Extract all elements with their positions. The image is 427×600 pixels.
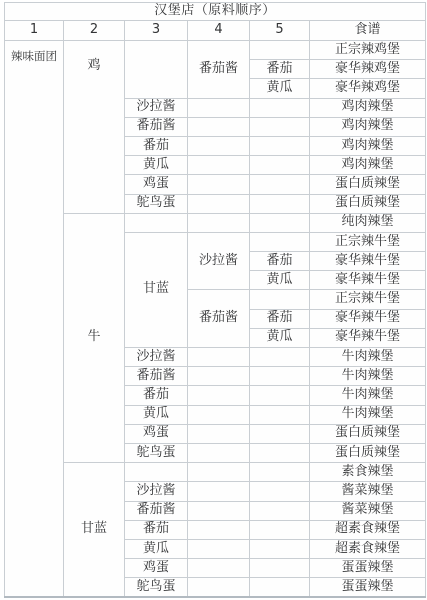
ingredient-cell[interactable]: 鸵鸟蛋 xyxy=(125,194,188,213)
ingredient-cell[interactable]: 沙拉酱 xyxy=(125,98,188,117)
recipe-cell[interactable]: 蛋蛋辣堡 xyxy=(310,578,426,597)
ingredient-cell[interactable]: 黄瓜 xyxy=(250,79,310,98)
recipe-cell[interactable]: 牛肉辣堡 xyxy=(310,348,426,367)
empty-cell[interactable] xyxy=(250,117,310,136)
empty-cell[interactable] xyxy=(250,501,310,520)
ingredient-cell[interactable]: 鸡蛋 xyxy=(125,175,188,194)
empty-cell[interactable] xyxy=(250,348,310,367)
ingredient-cell[interactable]: 黄瓜 xyxy=(125,539,188,558)
empty-cell[interactable] xyxy=(188,482,250,501)
ingredient-cell[interactable]: 鸡蛋 xyxy=(125,559,188,578)
ingredient-cell[interactable]: 番茄 xyxy=(125,386,188,405)
empty-cell[interactable] xyxy=(188,367,250,386)
recipe-cell[interactable]: 豪华辣牛堡 xyxy=(310,309,426,328)
empty-cell[interactable] xyxy=(188,578,250,597)
table-row: 辣味面团 鸡 番茄酱 正宗辣鸡堡 xyxy=(5,41,426,60)
recipe-cell[interactable]: 鸡肉辣堡 xyxy=(310,98,426,117)
recipe-cell[interactable]: 鸡肉辣堡 xyxy=(310,117,426,136)
recipe-cell[interactable]: 豪华辣牛堡 xyxy=(310,328,426,347)
ingredient-cell[interactable]: 沙拉酱 xyxy=(125,348,188,367)
cell-mayo-beef[interactable]: 沙拉酱 xyxy=(188,232,250,290)
empty-cell[interactable] xyxy=(250,520,310,539)
ingredient-cell[interactable]: 鸵鸟蛋 xyxy=(125,443,188,462)
empty-cell[interactable] xyxy=(250,386,310,405)
ingredient-cell[interactable]: 沙拉酱 xyxy=(125,482,188,501)
cell-ketchup-chicken[interactable]: 番茄酱 xyxy=(188,41,250,99)
empty-cell[interactable] xyxy=(250,539,310,558)
recipe-cell[interactable]: 酱菜辣堡 xyxy=(310,482,426,501)
empty-cell[interactable] xyxy=(250,136,310,155)
cell-chicken[interactable]: 鸡 xyxy=(64,41,125,214)
recipe-cell[interactable]: 鸡肉辣堡 xyxy=(310,156,426,175)
cell-beef[interactable]: 牛 xyxy=(64,213,125,462)
empty-cell[interactable] xyxy=(125,463,188,482)
cell-ketchup-beef[interactable]: 番茄酱 xyxy=(188,290,250,348)
recipe-cell[interactable]: 超素食辣堡 xyxy=(310,520,426,539)
empty-cell[interactable] xyxy=(250,290,310,309)
ingredient-cell[interactable]: 番茄 xyxy=(250,60,310,79)
ingredient-cell[interactable]: 番茄酱 xyxy=(125,501,188,520)
recipe-cell[interactable]: 蛋白质辣堡 xyxy=(310,175,426,194)
empty-cell[interactable] xyxy=(250,213,310,232)
ingredient-cell[interactable]: 番茄酱 xyxy=(125,367,188,386)
empty-cell[interactable] xyxy=(250,194,310,213)
empty-cell[interactable] xyxy=(250,175,310,194)
recipe-cell[interactable]: 正宗辣牛堡 xyxy=(310,232,426,251)
empty-cell[interactable] xyxy=(188,98,250,117)
ingredient-cell[interactable]: 黄瓜 xyxy=(250,271,310,290)
empty-cell[interactable] xyxy=(188,539,250,558)
table-row: 牛 纯肉辣堡 xyxy=(5,213,426,232)
recipe-cell[interactable]: 豪华辣牛堡 xyxy=(310,271,426,290)
table-row: 汉堡店（原料顺序） xyxy=(5,3,426,21)
empty-cell[interactable] xyxy=(188,386,250,405)
ingredient-cell[interactable]: 番茄 xyxy=(125,520,188,539)
empty-cell[interactable] xyxy=(188,405,250,424)
ingredient-cell[interactable]: 黄瓜 xyxy=(125,405,188,424)
empty-cell[interactable] xyxy=(188,424,250,443)
column-header-3[interactable]: 3 xyxy=(125,21,188,41)
empty-cell[interactable] xyxy=(250,405,310,424)
ingredient-cell[interactable]: 番茄 xyxy=(250,252,310,271)
column-header-4[interactable]: 4 xyxy=(188,21,250,41)
recipe-cell[interactable]: 豪华辣牛堡 xyxy=(310,252,426,271)
empty-cell[interactable] xyxy=(250,232,310,251)
recipe-cell[interactable]: 素食辣堡 xyxy=(310,463,426,482)
empty-cell[interactable] xyxy=(188,443,250,462)
recipe-cell[interactable]: 牛肉辣堡 xyxy=(310,386,426,405)
column-header-recipe[interactable]: 食谱 xyxy=(310,21,426,41)
recipe-cell[interactable]: 牛肉辣堡 xyxy=(310,405,426,424)
recipe-cell[interactable]: 纯肉辣堡 xyxy=(310,213,426,232)
ingredient-cell[interactable]: 鸵鸟蛋 xyxy=(125,578,188,597)
recipe-cell[interactable]: 正宗辣牛堡 xyxy=(310,290,426,309)
empty-cell[interactable] xyxy=(125,41,188,99)
empty-cell[interactable] xyxy=(188,117,250,136)
recipe-cell[interactable]: 蛋白质辣堡 xyxy=(310,194,426,213)
recipe-cell[interactable]: 蛋蛋辣堡 xyxy=(310,559,426,578)
ingredient-cell[interactable]: 番茄酱 xyxy=(125,117,188,136)
column-header-1[interactable]: 1 xyxy=(5,21,64,41)
ingredient-cell[interactable]: 鸡蛋 xyxy=(125,424,188,443)
empty-cell[interactable] xyxy=(188,194,250,213)
empty-cell[interactable] xyxy=(188,501,250,520)
ingredient-cell[interactable]: 黄瓜 xyxy=(250,328,310,347)
empty-cell[interactable] xyxy=(250,578,310,597)
recipe-cell[interactable]: 豪华辣鸡堡 xyxy=(310,60,426,79)
empty-cell[interactable] xyxy=(188,520,250,539)
empty-cell[interactable] xyxy=(250,156,310,175)
recipe-cell[interactable]: 酱菜辣堡 xyxy=(310,501,426,520)
recipe-cell[interactable]: 蛋白质辣堡 xyxy=(310,443,426,462)
empty-cell[interactable] xyxy=(250,424,310,443)
empty-cell[interactable] xyxy=(250,41,310,60)
empty-cell[interactable] xyxy=(250,367,310,386)
recipe-cell[interactable]: 超素食辣堡 xyxy=(310,539,426,558)
table-row: 1 2 3 4 5 食谱 xyxy=(5,21,426,41)
table-row: 甘蓝 素食辣堡 xyxy=(5,463,426,482)
recipe-cell[interactable]: 蛋白质辣堡 xyxy=(310,424,426,443)
empty-cell[interactable] xyxy=(250,98,310,117)
recipe-table: 汉堡店（原料顺序） 1 2 3 4 5 食谱 辣味面团 鸡 番茄酱 正宗辣鸡堡 … xyxy=(4,2,426,598)
recipe-cell[interactable]: 牛肉辣堡 xyxy=(310,367,426,386)
cell-cabbage-col2[interactable]: 甘蓝 xyxy=(64,463,125,597)
cell-dough[interactable]: 辣味面团 xyxy=(5,41,64,597)
empty-cell[interactable] xyxy=(125,213,188,232)
empty-cell[interactable] xyxy=(188,136,250,155)
spreadsheet-region: 汉堡店（原料顺序） 1 2 3 4 5 食谱 辣味面团 鸡 番茄酱 正宗辣鸡堡 … xyxy=(4,2,426,598)
empty-cell[interactable] xyxy=(188,559,250,578)
recipe-cell[interactable]: 豪华辣鸡堡 xyxy=(310,79,426,98)
column-header-2[interactable]: 2 xyxy=(64,21,125,41)
empty-cell[interactable] xyxy=(188,156,250,175)
empty-cell[interactable] xyxy=(188,213,250,232)
empty-cell[interactable] xyxy=(188,175,250,194)
empty-cell[interactable] xyxy=(250,463,310,482)
recipe-cell[interactable]: 鸡肉辣堡 xyxy=(310,136,426,155)
recipe-cell[interactable]: 正宗辣鸡堡 xyxy=(310,41,426,60)
empty-cell[interactable] xyxy=(188,463,250,482)
ingredient-cell[interactable]: 番茄 xyxy=(250,309,310,328)
table-title-cell[interactable]: 汉堡店（原料顺序） xyxy=(5,3,426,21)
empty-cell[interactable] xyxy=(250,443,310,462)
ingredient-cell[interactable]: 黄瓜 xyxy=(125,156,188,175)
empty-cell[interactable] xyxy=(250,482,310,501)
empty-cell[interactable] xyxy=(250,559,310,578)
empty-cell[interactable] xyxy=(188,348,250,367)
column-header-5[interactable]: 5 xyxy=(250,21,310,41)
cell-cabbage-col3[interactable]: 甘蓝 xyxy=(125,232,188,347)
ingredient-cell[interactable]: 番茄 xyxy=(125,136,188,155)
